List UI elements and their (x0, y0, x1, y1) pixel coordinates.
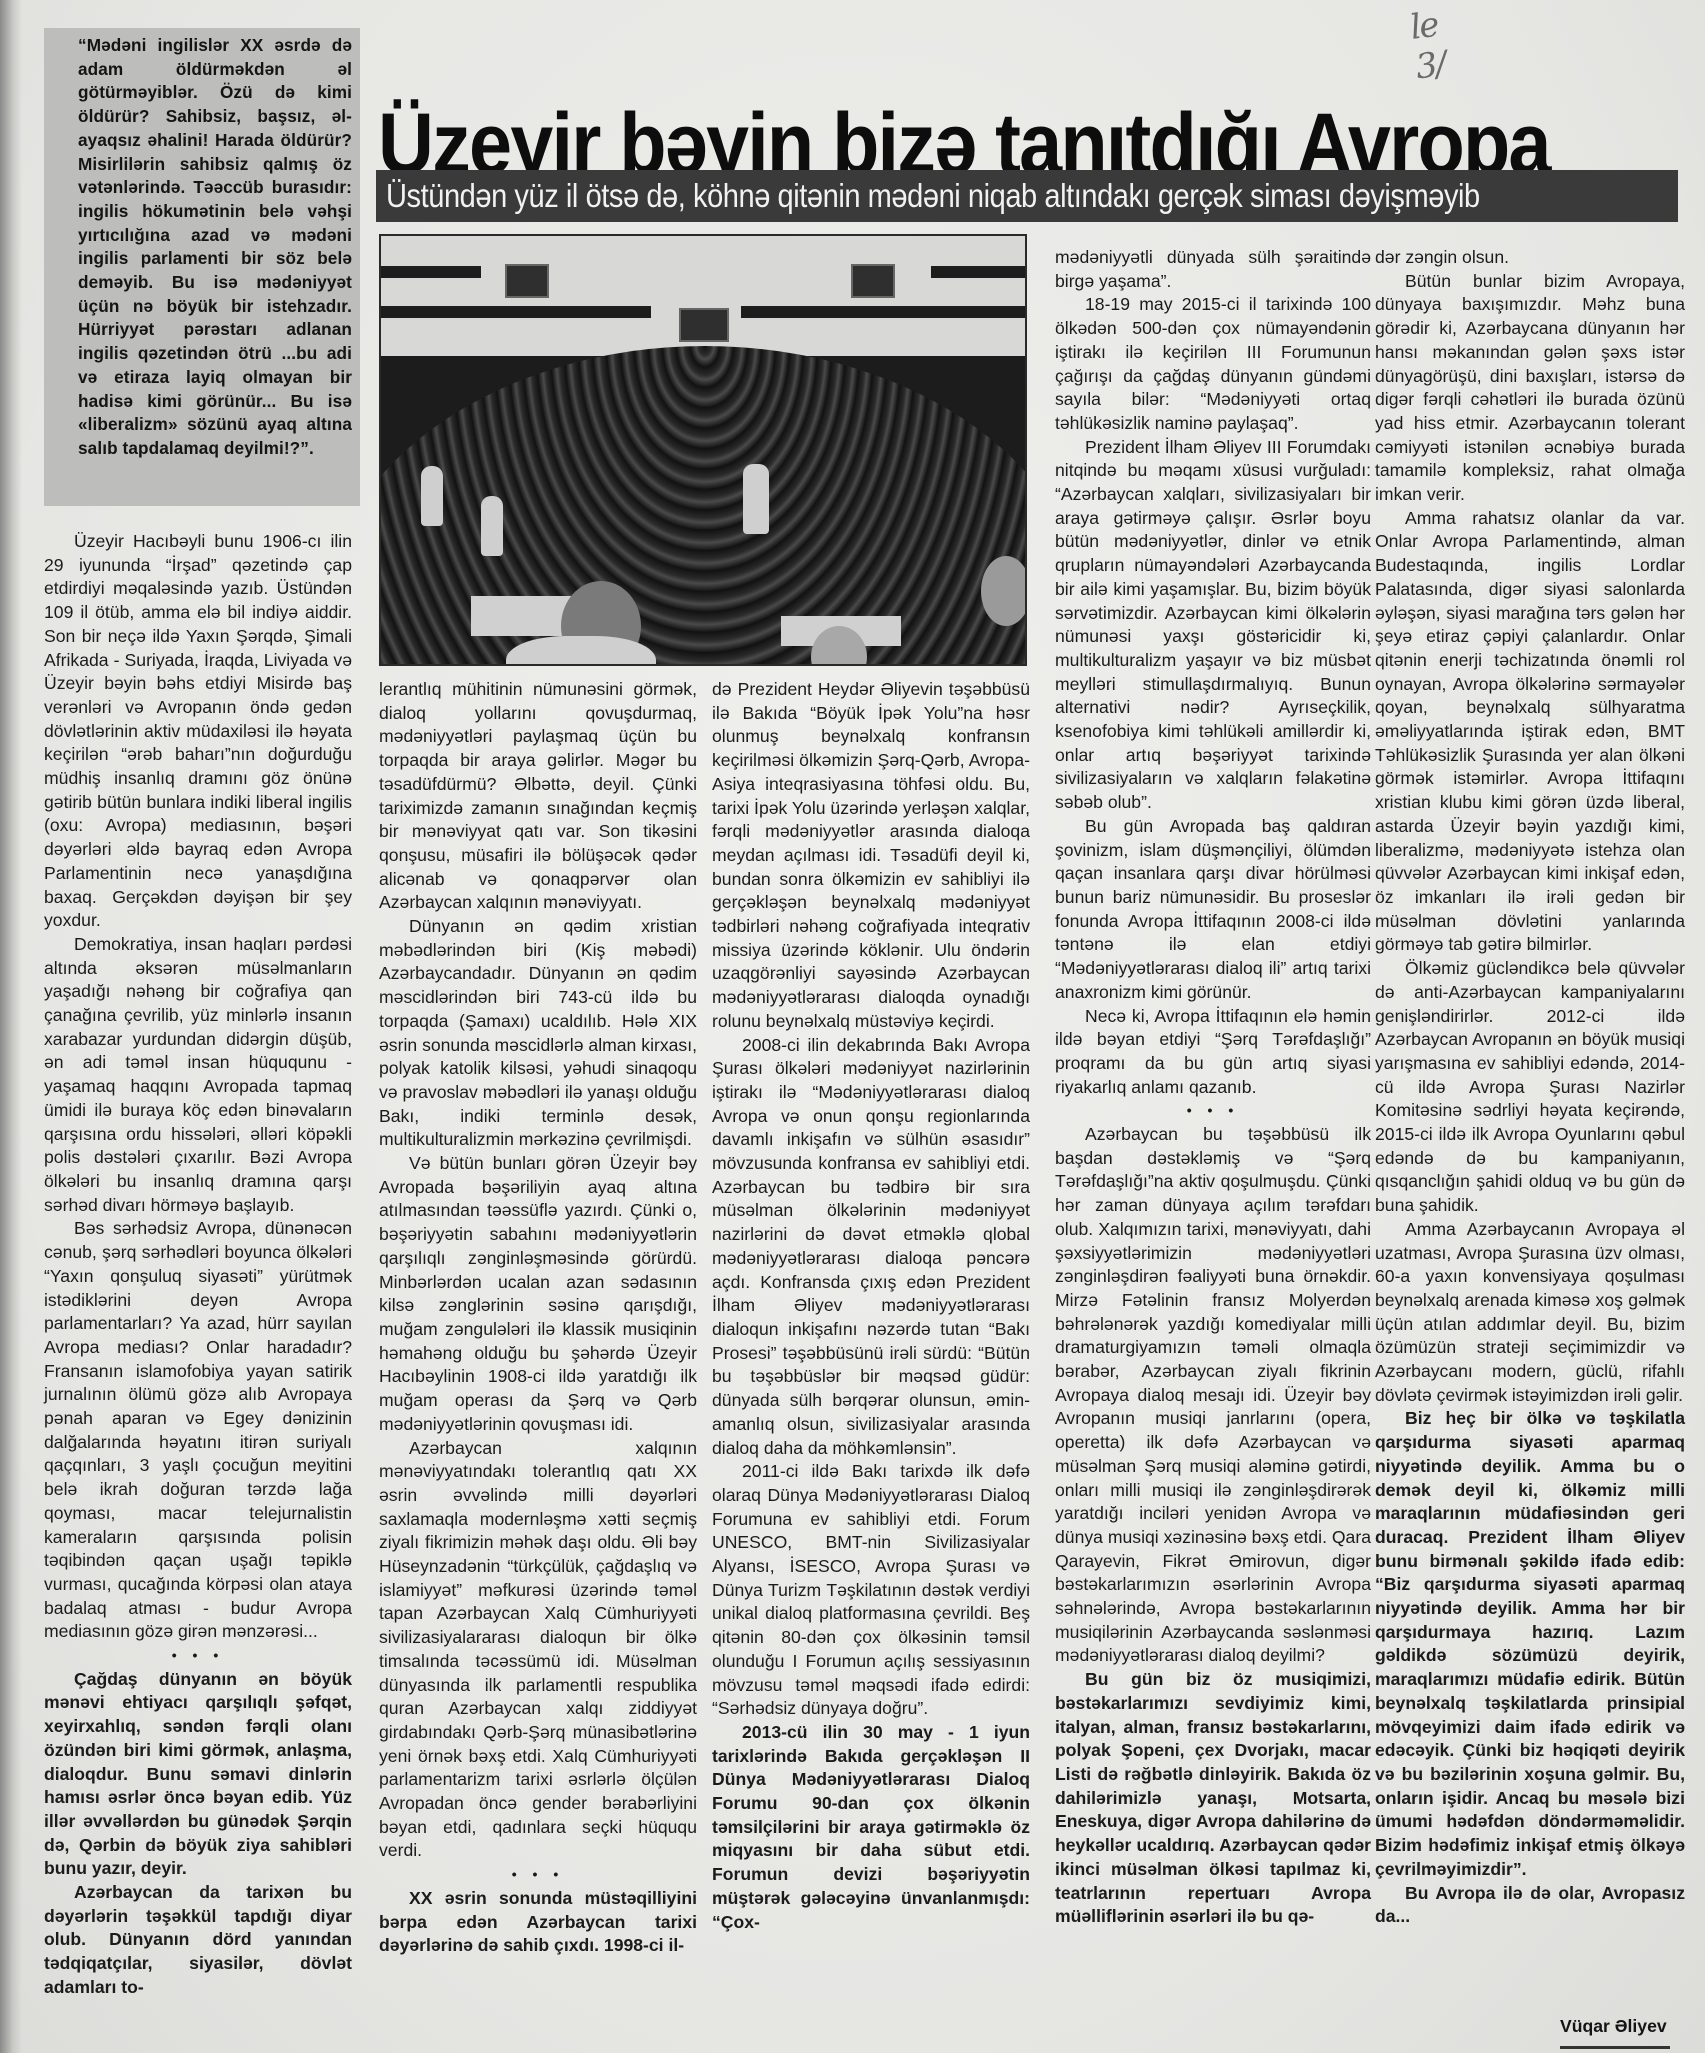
paragraph: Ölkəmiz gücləndikcə belə qüvvələr də ant… (1375, 957, 1685, 1218)
article-column-4: mədəniyyətli dünyada sülh şəraitində bir… (1055, 246, 1371, 1929)
paragraph: Bu gün Avropada baş qaldıran şovinizm, i… (1055, 815, 1371, 1005)
paragraph: Azərbaycan bu təşəbbüsü ilk başdan dəstə… (1055, 1123, 1371, 1668)
paragraph: 18-19 may 2015-ci il tarixində 100 ölkəd… (1055, 293, 1371, 435)
pull-quote-box: “Mədəni ingilislər XX əsrdə də adam öldü… (44, 28, 360, 506)
paragraph: lerantlıq mühitinin nümunəsini görmək, d… (379, 678, 697, 915)
paragraph: Bütün bunlar bizim Avropaya, dünyaya bax… (1375, 270, 1685, 507)
photo-person-head (981, 556, 1027, 626)
article-column-2: lerantlıq mühitinin nümunəsini görmək, d… (379, 678, 697, 1958)
paragraph: 2011-ci ildə Bakı tarixdə ilk dəfə olara… (712, 1460, 1030, 1721)
section-divider-stars: • • • (379, 1863, 697, 1887)
paragraph: Amma rahatsız olanlar da var. Onlar Avro… (1375, 507, 1685, 957)
photo-raised-hand (743, 464, 769, 534)
paragraph: XX əsrin sonunda müstəqilliyini bərpa ed… (379, 1887, 697, 1958)
author-byline: Vüqar Əliyev (1560, 2016, 1667, 2037)
paragraph: dər zəngin olsun. (1375, 246, 1685, 270)
paragraph: 2008-ci ilin dekabrında Bakı Avropa Şura… (712, 1034, 1030, 1461)
photo-screen (679, 308, 729, 342)
article-column-5: dər zəngin olsun. Bütün bunlar bizim Avr… (1375, 246, 1685, 1929)
pull-quote-text: “Mədəni ingilislər XX əsrdə də adam öldü… (78, 34, 352, 461)
subheadline-text: Üstündən yüz il ötsə də, köhnə qitənin m… (386, 170, 1480, 222)
paragraph: Bu Avropa ilə də olar, Avropasız da... (1375, 1882, 1685, 1929)
paragraph: Biz heç bir ölkə və təşkilatla qarşıdurm… (1375, 1407, 1685, 1881)
paragraph: Necə ki, Avropa İttifaqının elə həmin il… (1055, 1005, 1371, 1100)
article-column-1: Üzeyir Hacıbəyli bunu 1906-cı ilin 29 iy… (44, 530, 352, 2000)
paragraph: Demokratiya, insan haqları pərdəsi altın… (44, 933, 352, 1217)
paragraph: 2013-cü ilin 30 may - 1 iyun tarixlərind… (712, 1721, 1030, 1934)
paragraph: Üzeyir Hacıbəyli bunu 1906-cı ilin 29 iy… (44, 530, 352, 933)
photo-wall-stripe (741, 306, 1027, 318)
photo-wall-stripe (381, 306, 651, 318)
newspaper-page: le 3/ “Mədəni ingilislər XX əsrdə də ada… (0, 0, 1705, 2053)
paragraph: Dünyanın ən qədim xristian məbədlərindən… (379, 915, 697, 1152)
paragraph: Prezident İlham Əliyev III Forumdakı nit… (1055, 436, 1371, 815)
handwritten-note: le 3/ (1408, 0, 1473, 46)
paragraph: Azərbaycan da tarixən bu dəyərlərin təşə… (44, 1881, 352, 2000)
parliament-photo (379, 234, 1027, 666)
section-divider-stars: • • • (44, 1644, 352, 1668)
photo-person-shoulders (506, 636, 656, 666)
paragraph: də Prezident Heydər Əliyevin təşəbbüsü i… (712, 678, 1030, 1034)
paragraph: Bu gün biz öz musiqimizi, bəstəkarlarımı… (1055, 1668, 1371, 1929)
paragraph: Azərbaycan xalqının mənəviyyatındakı tol… (379, 1437, 697, 1864)
photo-raised-hand (421, 466, 443, 526)
paragraph: mədəniyyətli dünyada sülh şəraitində bir… (1055, 246, 1371, 293)
photo-wall-stripe (931, 266, 1027, 278)
article-column-3: də Prezident Heydər Əliyevin təşəbbüsü i… (712, 678, 1030, 1934)
photo-screen (505, 264, 549, 298)
photo-desk (471, 596, 571, 636)
paragraph: Amma Azərbaycanın Avropaya əl uzatması, … (1375, 1218, 1685, 1408)
paragraph: Çağdaş dünyanın ən böyük mənəvi ehtiyacı… (44, 1668, 352, 1881)
paragraph: Bəs sərhədsiz Avropa, dünənəcən cənub, ş… (44, 1217, 352, 1644)
paragraph: Və bütün bunları görən Üzeyir bəy Avropa… (379, 1152, 697, 1436)
photo-raised-hand (481, 496, 503, 556)
photo-wall-stripe (381, 266, 481, 278)
article-subheadline: Üstündən yüz il ötsə də, köhnə qitənin m… (376, 170, 1678, 222)
scan-edge-shadow (0, 0, 22, 2053)
photo-screen (851, 264, 895, 298)
byline-underline (1560, 2046, 1670, 2049)
section-divider-stars: • • • (1055, 1099, 1371, 1123)
